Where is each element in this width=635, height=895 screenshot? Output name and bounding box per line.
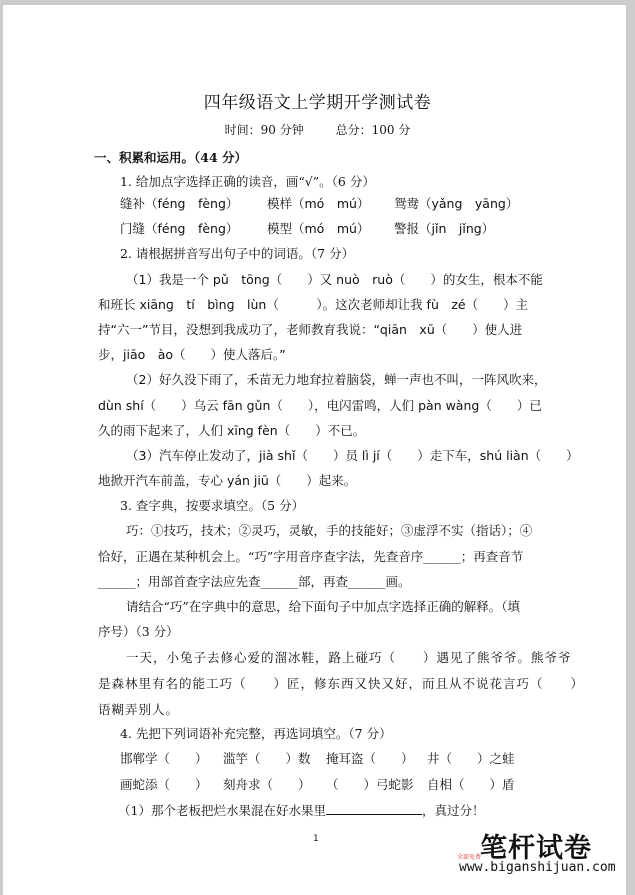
q4-sentence-1-start: （1）那个老板把烂水果混在好水果里 bbox=[118, 803, 326, 818]
question-4-prompt: 4. 先把下列词语补充完整，再选词填空。（7 分） bbox=[120, 726, 392, 742]
q4-idiom: （ ）弓蛇影 bbox=[326, 777, 414, 793]
page-title: 四年级语文上学期开学测试卷 bbox=[0, 88, 635, 113]
q4-idiom: 滥竽（ ）数 bbox=[223, 751, 311, 767]
q2-p1-line: 持“六一”节目，没想到我成功了，老师教育我说：“qiān xū（ ）使人进 bbox=[98, 322, 522, 338]
page-number: 1 bbox=[313, 834, 318, 844]
question-2-prompt: 2. 请根据拼音写出句子中的词语。（7 分） bbox=[120, 246, 354, 262]
q2-p2-line: dùn shí（ ）乌云 fān gǔn（ ），电闪雷鸣，人们 pàn wàng… bbox=[98, 398, 542, 414]
q2-p2-line: 久的雨下起来了，人们 xīng fèn（ ）不已。 bbox=[98, 423, 365, 439]
q2-p1-line: 和班长 xiānɡ tí bìnɡ lùn（ ）。这次老师却让我 fù zé（ … bbox=[98, 297, 528, 313]
question-3-prompt: 3. 查字典，按要求填空。（5 分） bbox=[120, 498, 304, 514]
q4-idiom: 井（ ）之蛙 bbox=[427, 751, 515, 767]
q3-instruction-line: 序号）（3 分） bbox=[98, 624, 179, 640]
q3-story-line: 语糊弄别人。 bbox=[98, 702, 179, 718]
q3-story-line: 一天，小兔子去修心爱的溜冰鞋，路上碰巧（ ）遇见了熊爷爷。熊爷爷 bbox=[126, 650, 572, 666]
q3-definition-line: 恰好，正遇在某种机会上。“巧”字用音序查字法，先查音序______；再查音节 bbox=[98, 549, 523, 565]
q3-definition-line: ______；用部首查字法应先查______部，再查______画。 bbox=[98, 574, 411, 590]
q2-p1-line: （1）我是一个 pǔ tōng（ ）又 nuò ruò（ ）的女生，根本不能 bbox=[126, 272, 543, 288]
q1-item: 门缝（féng fèng） bbox=[120, 221, 238, 237]
section-heading: 一、积累和运用。（44 分） bbox=[94, 150, 247, 166]
exam-total: 总分：100 分 bbox=[336, 123, 411, 137]
exam-info: 时间：90 分钟 总分：100 分 bbox=[0, 121, 635, 138]
q2-p3-line: 地掀开汽车前盖，专心 yán jiū（ ）起来。 bbox=[98, 473, 356, 489]
q4-idiom: 刻舟求（ ） bbox=[223, 777, 311, 793]
q4-idiom: 掩耳盗（ ） bbox=[326, 751, 414, 767]
q4-idiom: 画蛇添（ ） bbox=[120, 777, 208, 793]
exam-time: 时间：90 分钟 bbox=[225, 123, 304, 137]
q1-item: 鸳鸯（yǎng yāng） bbox=[394, 196, 518, 212]
q1-item: 模样（mó mú） bbox=[267, 196, 369, 212]
q1-item: 模型（mó mú） bbox=[267, 221, 369, 237]
q1-item: 缝补（féng fèng） bbox=[120, 196, 238, 212]
q2-p3-line: （3）汽车停止发动了，jià shǐ（ ）员 lì jí（ ）走下车，shú l… bbox=[126, 448, 579, 464]
q4-sentence-1: （1）那个老板把烂水果混在好水果里，真过分！ bbox=[118, 802, 484, 819]
q3-instruction-line: 请结合“巧”在字典中的意思，给下面句子中加点字选择正确的解释。（填 bbox=[126, 599, 520, 615]
answer-blank[interactable] bbox=[326, 802, 422, 815]
watermark-url: www.biganshijuan.com bbox=[459, 860, 616, 875]
q3-story-line: 是森林里有名的能工巧（ ）匠，修东西又快又好，而且从不说花言巧（ ） bbox=[98, 676, 584, 692]
q4-sentence-1-end: ，真过分！ bbox=[422, 803, 485, 818]
question-1-prompt: 1. 给加点字选择正确的读音，画“√”。（6 分） bbox=[120, 174, 375, 190]
q4-idiom: 邯郸学（ ） bbox=[120, 751, 208, 767]
q2-p2-line: （2）好久没下雨了，禾苗无力地耷拉着脑袋，蝉一声也不叫，一阵风吹来， bbox=[126, 372, 546, 388]
q4-idiom: 自相（ ）盾 bbox=[427, 777, 515, 793]
q2-p1-line: 步，jiāo ào（ ）使人落后。” bbox=[98, 347, 286, 363]
q1-item: 警报（jǐn jǐng） bbox=[394, 221, 494, 237]
q3-definition-line: 巧：①技巧，技术；②灵巧，灵敏，手的技能好；③虚浮不实（指话）；④ bbox=[126, 523, 532, 539]
